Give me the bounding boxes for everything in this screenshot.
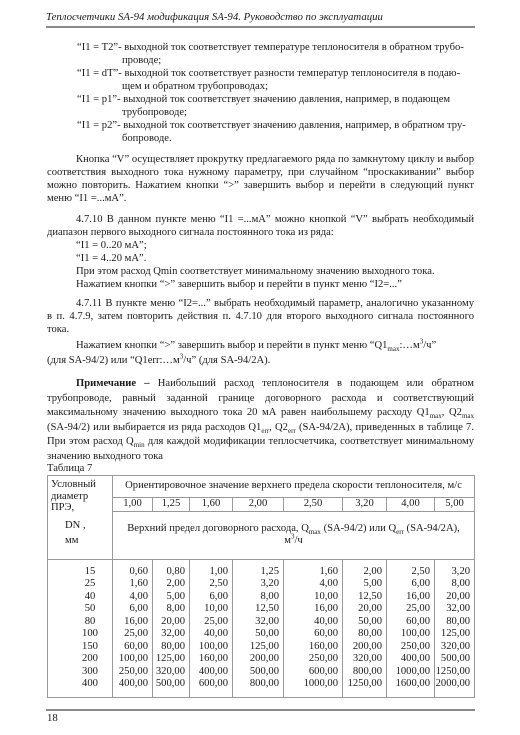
flow-cell: 1250,00	[343, 678, 387, 697]
paragraph-v-button: Кнопка “V” осуществляет прокрутку предла…	[47, 153, 474, 205]
flow-cell: 8,00	[153, 603, 190, 616]
flow-cell: 2,00	[343, 559, 387, 578]
flow-cell: 250,00	[113, 666, 153, 679]
flow-cell: 100,00	[190, 641, 233, 654]
flow-cell: 80,00	[435, 616, 475, 629]
flow-cell: 12,50	[233, 603, 284, 616]
dn-cell: 25	[48, 578, 113, 591]
flow-header: Верхний предел договорного расхода, Qmax…	[113, 511, 475, 559]
list-item: “I1 = T2”- выходной ток соответствует те…	[47, 41, 474, 67]
velocity-cell: 3,20	[343, 498, 387, 512]
flow-cell: 6,00	[190, 591, 233, 604]
flow-cell: 5,00	[343, 578, 387, 591]
flow-cell: 1,60	[284, 559, 343, 578]
velocity-cell: 5,00	[435, 498, 475, 512]
flow-cell: 1,25	[233, 559, 284, 578]
flow-cell: 60,00	[284, 628, 343, 641]
dn-cell: 15	[48, 559, 113, 578]
flow-cell: 1,60	[113, 578, 153, 591]
flow-cell: 8,00	[233, 591, 284, 604]
flow-cell: 4,00	[284, 578, 343, 591]
range-option: “I1 = 0..20 мА”;	[76, 239, 503, 252]
running-header: Теплосчетчики SA-94 модификация SA-94. Р…	[46, 11, 475, 28]
flow-cell: 0,80	[153, 559, 190, 578]
paragraph-4-7-11: 4.7.11 В пункте меню “I2=...” выбрать не…	[47, 297, 474, 336]
dn-cell: 80	[48, 616, 113, 629]
flow-cell: 6,00	[113, 603, 153, 616]
table-row: 251,602,002,503,204,005,006,008,00	[48, 578, 475, 591]
flow-cell: 160,00	[284, 641, 343, 654]
flow-cell: 100,00	[113, 653, 153, 666]
flow-cell: 12,50	[343, 591, 387, 604]
flow-cell: 20,00	[435, 591, 475, 604]
flow-cell: 20,00	[153, 616, 190, 629]
flow-cell: 125,00	[233, 641, 284, 654]
flow-cell: 20,00	[343, 603, 387, 616]
flow-cell: 16,00	[284, 603, 343, 616]
flow-cell: 600,00	[190, 678, 233, 697]
flow-cell: 32,00	[153, 628, 190, 641]
dn-cell: 300	[48, 666, 113, 679]
flow-cell: 80,00	[343, 628, 387, 641]
flow-cell: 16,00	[113, 616, 153, 629]
flow-cell: 250,00	[284, 653, 343, 666]
footer-rule	[46, 709, 475, 711]
flow-cell: 3,20	[233, 578, 284, 591]
goto-i2-line: Нажатием кнопки “>” завершить выбор и пе…	[76, 278, 503, 291]
velocity-cell: 1,00	[113, 498, 153, 512]
dn-cell: 40	[48, 591, 113, 604]
paragraph-goto-q1: Нажатием кнопки “>” завершить выбор и пе…	[47, 339, 474, 367]
table-row: 10025,0032,0040,0050,0060,0080,00100,001…	[48, 628, 475, 641]
flow-cell: 1600,00	[387, 678, 435, 697]
dn-column-header: Условный диаметр ПРЭ, DN , мм	[48, 476, 113, 560]
flow-cell: 25,00	[190, 616, 233, 629]
flow-cell: 125,00	[153, 653, 190, 666]
flow-cell: 8,00	[435, 578, 475, 591]
flow-cell: 2,50	[190, 578, 233, 591]
flow-cell: 500,00	[435, 653, 475, 666]
flow-cell: 400,00	[113, 678, 153, 697]
flow-cell: 125,00	[435, 628, 475, 641]
flow-cell: 500,00	[153, 678, 190, 697]
velocity-cell: 2,00	[233, 498, 284, 512]
flow-cell: 60,00	[113, 641, 153, 654]
flow-cell: 160,00	[190, 653, 233, 666]
flow-cell: 60,00	[387, 616, 435, 629]
dn-cell: 200	[48, 653, 113, 666]
flow-cell: 10,00	[190, 603, 233, 616]
flow-cell: 4,00	[113, 591, 153, 604]
flow-cell: 1250,00	[435, 666, 475, 679]
flow-cell: 200,00	[343, 641, 387, 654]
note-paragraph: Примечание – Наибольший расход теплоноси…	[47, 377, 474, 465]
flow-cell: 200,00	[233, 653, 284, 666]
flow-cell: 800,00	[233, 678, 284, 697]
qmin-line: При этом расход Qmin соответствует миним…	[76, 265, 503, 278]
flow-cell: 320,00	[343, 653, 387, 666]
dn-cell: 100	[48, 628, 113, 641]
flow-cell: 800,00	[343, 666, 387, 679]
table-row: 8016,0020,0025,0032,0040,0050,0060,0080,…	[48, 616, 475, 629]
flow-cell: 1000,00	[387, 666, 435, 679]
flow-cell: 400,00	[190, 666, 233, 679]
table-row: 404,005,006,008,0010,0012,5016,0020,00	[48, 591, 475, 604]
flow-cell: 0,60	[113, 559, 153, 578]
flow-cell: 5,00	[153, 591, 190, 604]
flow-cell: 25,00	[113, 628, 153, 641]
dn-cell: 400	[48, 678, 113, 697]
list-item: “I1 = p1”- выходной ток соответствует зн…	[47, 93, 474, 119]
table-row: 150,600,801,001,251,602,002,503,20	[48, 559, 475, 578]
flow-cell: 250,00	[387, 641, 435, 654]
flow-cell: 6,00	[387, 578, 435, 591]
flow-cell: 80,00	[153, 641, 190, 654]
flow-cell: 100,00	[387, 628, 435, 641]
flow-cell: 40,00	[284, 616, 343, 629]
flow-cell: 10,00	[284, 591, 343, 604]
flow-cell: 50,00	[343, 616, 387, 629]
table-row: 300250,00320,00400,00500,00600,00800,001…	[48, 666, 475, 679]
flow-cell: 3,20	[435, 559, 475, 578]
range-options: “I1 = 0..20 мА”; “I1 = 4..20 мА”. При эт…	[47, 239, 503, 291]
list-item: “I1 = dT”- выходной ток соответствует ра…	[47, 67, 474, 93]
table-row: 506,008,0010,0012,5016,0020,0025,0032,00	[48, 603, 475, 616]
table-row: 200100,00125,00160,00200,00250,00320,004…	[48, 653, 475, 666]
flow-cell: 16,00	[387, 591, 435, 604]
range-option: “I1 = 4..20 мА”.	[76, 252, 503, 265]
note-label: Примечание –	[76, 378, 150, 389]
flow-cell: 2,50	[387, 559, 435, 578]
velocity-cell: 2,50	[284, 498, 343, 512]
flow-cell: 40,00	[190, 628, 233, 641]
list-item: “I1 = p2”- выходной ток соответствует зн…	[47, 119, 474, 145]
flow-cell: 500,00	[233, 666, 284, 679]
i1-options-list: “I1 = T2”- выходной ток соответствует те…	[47, 41, 474, 145]
flow-cell: 2000,00	[435, 678, 475, 697]
paragraph-4-7-10: 4.7.10 В данном пункте меню “I1 =...мА” …	[47, 213, 474, 239]
flow-cell: 32,00	[435, 603, 475, 616]
flow-cell: 1,00	[190, 559, 233, 578]
flow-cell: 25,00	[387, 603, 435, 616]
flow-cell: 600,00	[284, 666, 343, 679]
flow-cell: 400,00	[387, 653, 435, 666]
velocity-cell: 1,25	[153, 498, 190, 512]
velocity-cell: 1,60	[190, 498, 233, 512]
table-row: 400400,00500,00600,00800,001000,001250,0…	[48, 678, 475, 697]
dn-cell: 50	[48, 603, 113, 616]
flow-limits-table: Условный диаметр ПРЭ, DN , мм Ориентиров…	[47, 475, 475, 698]
table-row: 15060,0080,00100,00125,00160,00200,00250…	[48, 641, 475, 654]
flow-cell: 32,00	[233, 616, 284, 629]
velocity-row: 1,001,251,602,002,503,204,005,00	[48, 498, 475, 512]
table-caption: Таблица 7	[47, 462, 92, 475]
dn-cell: 150	[48, 641, 113, 654]
flow-cell: 1000,00	[284, 678, 343, 697]
flow-cell: 50,00	[233, 628, 284, 641]
page-number: 18	[47, 712, 58, 725]
velocity-cell: 4,00	[387, 498, 435, 512]
flow-cell: 2,00	[153, 578, 190, 591]
flow-cell: 320,00	[435, 641, 475, 654]
velocity-header: Ориентировочное значение верхнего предел…	[113, 476, 475, 498]
flow-cell: 320,00	[153, 666, 190, 679]
